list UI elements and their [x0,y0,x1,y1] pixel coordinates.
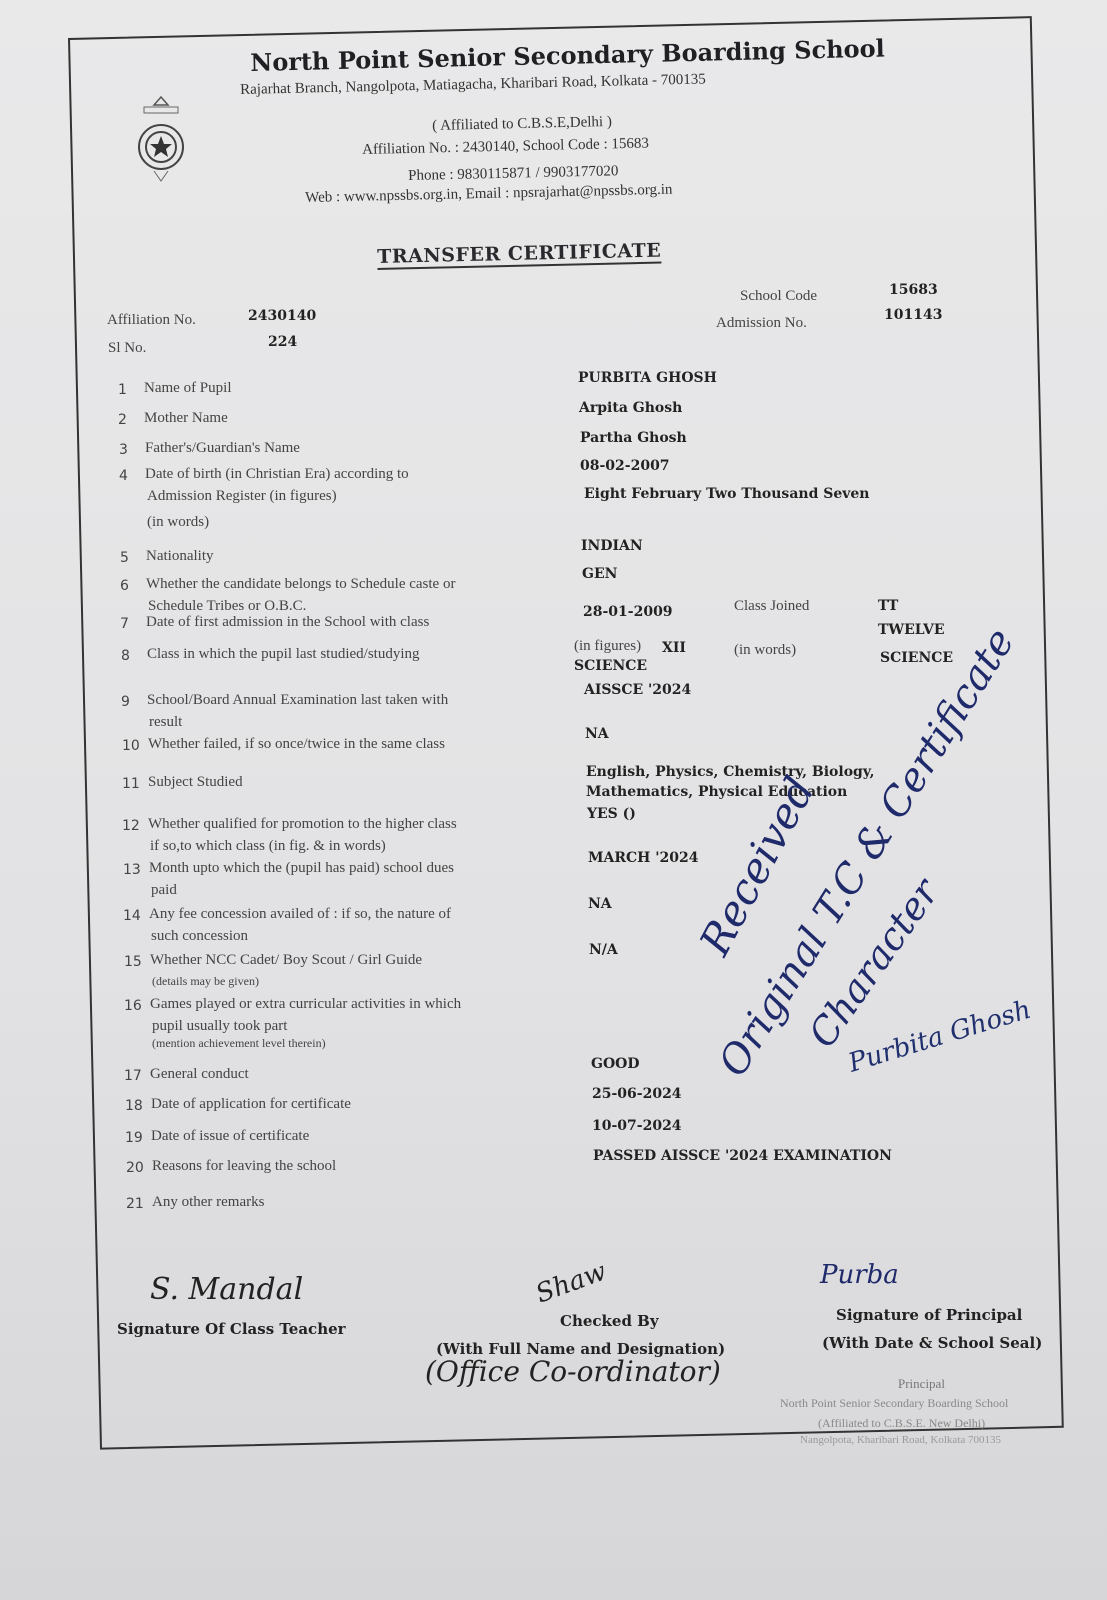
field-extra-value: TWELVE [878,622,945,638]
field-label: Any fee concession availed of : if so, t… [149,906,451,923]
field-number: 11 [122,776,140,792]
affiliation-label: Affiliation No. [107,312,196,329]
field-number: 3 [119,442,128,458]
field-number: 17 [124,1068,142,1084]
field-value: INDIAN [581,538,643,554]
field-label-cont: pupil usually took part [152,1018,287,1035]
field-value: AISSCE '2024 [584,682,691,698]
school-code-label: School Code [740,288,817,305]
admission-value: 101143 [884,307,942,323]
school-crest-icon [130,95,192,185]
field-number: 14 [123,908,141,924]
field-number: 9 [121,694,130,710]
field-number: 10 [122,738,140,754]
field-label-cont: paid [151,882,177,899]
field-label-cont: (details may be given) [152,974,259,989]
field-value: XII [662,640,686,656]
field-extra-value: TT [878,598,898,614]
principal-signature-note: (With Date & School Seal) [822,1334,1042,1352]
field-value: GEN [582,566,617,582]
field-value: YES () [587,806,636,822]
field-value: N/A [589,942,618,958]
field-number: 2 [118,412,127,428]
field-value: 10-07-2024 [592,1118,682,1134]
sl-value: 224 [268,334,297,350]
affiliation-value: 2430140 [248,308,316,324]
field-number: 20 [126,1160,144,1176]
field-extra-value-cont: SCIENCE [880,650,953,666]
field-label: Subject Studied [148,774,243,791]
field-extra-label: Class Joined [734,598,809,615]
field-label: Reasons for leaving the school [152,1158,336,1175]
field-value: Arpita Ghosh [579,400,682,416]
field-number: 19 [125,1130,143,1146]
field-number: 12 [122,818,140,834]
field-label: Mother Name [144,410,228,427]
field-label: Month upto which the (pupil has paid) sc… [149,860,454,877]
field-value: 25-06-2024 [592,1086,682,1102]
seal-principal: Principal [898,1376,945,1392]
field-label: Class in which the pupil last studied/st… [147,646,420,663]
field-value: PASSED AISSCE '2024 EXAMINATION [593,1148,892,1164]
field-label: Date of first admission in the School wi… [146,614,429,631]
seal-address: Nangolpota, Kharibari Road, Kolkata 7001… [800,1434,1001,1446]
field-label: Date of application for certificate [151,1096,351,1113]
field-label: Date of birth (in Christian Era) accordi… [145,466,409,483]
field-number: 16 [124,998,142,1014]
field-value: PURBITA GHOSH [578,370,717,386]
school-code-value: 15683 [889,282,938,298]
field-label-cont: Schedule Tribes or O.B.C. [148,598,306,615]
field-number: 18 [125,1098,143,1114]
field-label: Whether NCC Cadet/ Boy Scout / Girl Guid… [150,952,422,969]
field-label: Games played or extra curricular activit… [150,996,461,1013]
field-label-cont: (in words) [147,514,209,531]
field-label: Whether qualified for promotion to the h… [148,816,457,833]
checker-designation: (Office Co-ordinator) [425,1355,721,1388]
field-extra-label: (in words) [734,642,796,659]
teacher-handwritten-sign: S. Mandal [150,1272,303,1307]
field-number: 7 [120,616,129,632]
field-value: GOOD [591,1056,640,1072]
field-number: 1 [118,382,127,398]
field-label: Date of issue of certificate [151,1128,309,1145]
seal-affiliation: (Affiliated to C.B.S.E. New Delhi) [818,1416,985,1431]
field-label-cont: if so,to which class (in fig. & in words… [150,838,386,855]
field-value: 28-01-2009 [583,604,673,620]
field-value: Partha Ghosh [580,430,687,446]
field-label-cont: such concession [151,928,248,945]
checked-by-note: (With Full Name and Designation) [436,1340,725,1358]
field-value: 08-02-2007 [580,458,670,474]
field-label: Whether the candidate belongs to Schedul… [146,576,455,593]
field-number: 4 [119,468,128,484]
field-number: 5 [120,550,129,566]
field-number: 13 [123,862,141,878]
checked-by-label: Checked By [560,1312,659,1330]
field-value-prefix: (in figures) [574,638,641,655]
field-label: Any other remarks [152,1194,264,1211]
field-value: MARCH '2024 [588,850,699,866]
class-teacher-signature-label: Signature Of Class Teacher [117,1320,346,1338]
field-number: 15 [124,954,142,970]
field-value-cont: SCIENCE [574,658,647,674]
field-value: NA [585,726,609,742]
field-label: General conduct [150,1066,249,1083]
field-value: English, Physics, Chemistry, Biology, [586,764,875,780]
principal-signature-label: Signature of Principal [836,1306,1022,1324]
field-value-cont: Eight February Two Thousand Seven [584,486,869,502]
field-label: Name of Pupil [144,380,232,397]
sl-label: Sl No. [108,340,146,357]
field-label: Whether failed, if so once/twice in the … [148,736,445,753]
field-label: Nationality [146,548,214,565]
field-label: School/Board Annual Examination last tak… [147,692,448,709]
field-label: Father's/Guardian's Name [145,440,300,457]
field-label-cont: (mention achievement level therein) [152,1036,326,1051]
field-number: 21 [126,1196,144,1212]
admission-label: Admission No. [716,315,807,332]
principal-handwritten-sign: Purba [820,1260,899,1290]
field-value: NA [588,896,612,912]
field-number: 8 [121,648,130,664]
seal-school-name: North Point Senior Secondary Boarding Sc… [780,1396,1008,1411]
field-number: 6 [120,578,129,594]
field-label-cont: result [149,714,182,731]
field-label-cont: Admission Register (in figures) [147,488,337,505]
